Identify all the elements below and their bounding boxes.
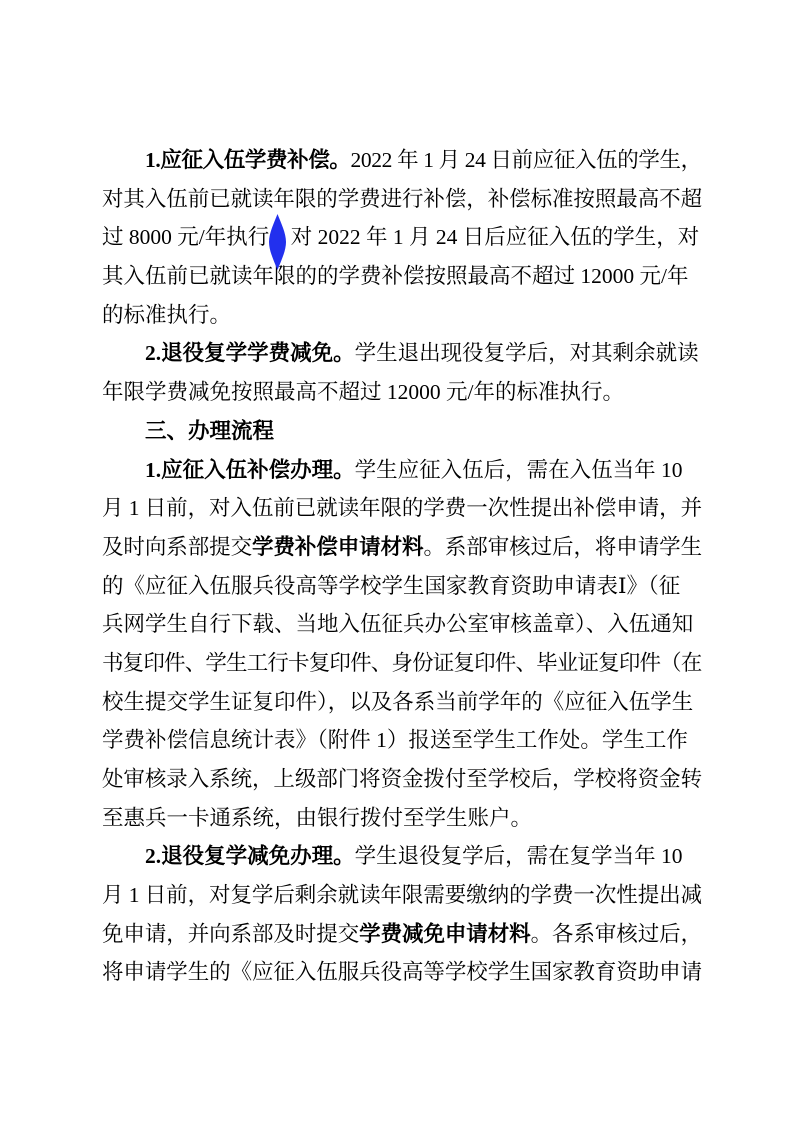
text-run: 2.退役复学减免办理。 [145, 844, 355, 868]
para-enlist-compensation-procedure: 1.应征入伍补偿办理。学生应征入伍后，需在入伍当年 10月 1 日前，对入伍前已… [102, 451, 702, 838]
text-run: 学生退出现役复学后，对其剩余就读 [355, 341, 699, 365]
text-run: 校生提交学生证复印件），以及各系当前学年的《应征入伍学生 [102, 690, 693, 714]
text-run: 至惠兵一卡通系统，由银行拨付至学生账户。 [102, 806, 532, 830]
text-line: 书复印件、学生工行卡复印件、身份证复印件、毕业证复印件（在 [102, 644, 702, 683]
text-run: 年限学费减免按照最高不超过 12000 元/年的标准执行。 [102, 380, 624, 404]
text-run: 将申请学生的《应征入伍服兵役高等学校学生国家教育资助申请 [102, 960, 702, 984]
para-veteran-resume-tuition-reduction-standard: 2.退役复学学费减免。学生退出现役复学后，对其剩余就读年限学费减免按照最高不超过… [102, 334, 702, 411]
text-run: 书复印件、学生工行卡复印件、身份证复印件、毕业证复印件（在 [102, 651, 702, 675]
text-run: 2.退役复学学费减免。 [145, 341, 355, 365]
text-run: 。各系审核过后， [531, 922, 702, 946]
text-run: 2022 年 1 月 24 日前应征入伍的学生， [351, 148, 702, 172]
text-run: 1.应征入伍补偿办理。 [145, 458, 355, 482]
text-run: 免申请，并向系部及时提交 [102, 922, 359, 946]
text-run: 对 2022 年 1 月 24 日后应征入伍的学生，对 [291, 225, 700, 249]
para-enlist-tuition-compensation-standard: 1.应征入伍学费补偿。2022 年 1 月 24 日前应征入伍的学生，对其入伍前… [102, 141, 702, 334]
text-line: 将申请学生的《应征入伍服兵役高等学校学生国家教育资助申请 [102, 953, 702, 992]
text-run: 兵网学生自行下载、当地入伍征兵办公室审核盖章）、入伍通知 [102, 612, 693, 636]
text-line: 校生提交学生证复印件），以及各系当前学年的《应征入伍学生 [102, 683, 702, 722]
text-run: 学生退役复学后，需在复学当年 10 [355, 844, 683, 868]
text-line: 1.应征入伍学费补偿。2022 年 1 月 24 日前应征入伍的学生， [102, 141, 702, 180]
text-line: 月 1 日前，对入伍前已就读年限的学费一次性提出补偿申请，并 [102, 489, 702, 528]
text-run: 三、办理流程 [145, 419, 274, 443]
text-run: 学费减免申请材料 [359, 922, 530, 946]
text-run: 1.应征入伍学费补偿。 [145, 148, 351, 172]
text-run: 学费补偿信息统计表》（附件 1）报送至学生工作处。学生工作 [102, 728, 688, 752]
text-run: 月 1 日前，对入伍前已就读年限的学费一次性提出补偿申请，并 [102, 496, 702, 520]
document-body: 1.应征入伍学费补偿。2022 年 1 月 24 日前应征入伍的学生，对其入伍前… [102, 141, 702, 992]
heading-section-three-process: 三、办理流程 [102, 412, 702, 451]
text-line: 及时向系部提交学费补偿申请材料。系部审核过后，将申请学生 [102, 528, 702, 567]
text-line: 处审核录入系统，上级部门将资金拨付至学校后，学校将资金转 [102, 760, 702, 799]
text-run: 月 1 日前，对复学后剩余就读年限需要缴纳的学费一次性提出减 [102, 883, 702, 907]
text-run: 。系部审核过后，将申请学生 [423, 535, 702, 559]
text-run: 过 8000 元/年执行 [102, 225, 269, 249]
text-run: 学生应征入伍后，需在入伍当年 10 [355, 458, 683, 482]
text-line: 的标准执行。 [102, 296, 702, 335]
para-veteran-resume-reduction-procedure: 2.退役复学减免办理。学生退役复学后，需在复学当年 10月 1 日前，对复学后剩… [102, 837, 702, 992]
text-run: 其入伍前已就读年限的的学费补偿按照最高不超过 12000 元/年 [102, 264, 688, 288]
document-page: 1.应征入伍学费补偿。2022 年 1 月 24 日前应征入伍的学生，对其入伍前… [0, 0, 793, 1122]
text-run: 处审核录入系统，上级部门将资金拨付至学校后，学校将资金转 [102, 767, 702, 791]
text-line: 至惠兵一卡通系统，由银行拨付至学生账户。 [102, 799, 702, 838]
text-line: 过 8000 元/年执行；对 2022 年 1 月 24 日后应征入伍的学生，对 [102, 218, 702, 257]
text-run: 及时向系部提交 [102, 535, 252, 559]
text-line: 学费补偿信息统计表》（附件 1）报送至学生工作处。学生工作 [102, 721, 702, 760]
text-line: 1.应征入伍补偿办理。学生应征入伍后，需在入伍当年 10 [102, 451, 702, 490]
text-line: 对其入伍前已就读年限的学费进行补偿，补偿标准按照最高不超 [102, 180, 702, 219]
text-cursor-anchor: ； [269, 225, 291, 249]
text-run: 学费补偿申请材料 [252, 535, 423, 559]
text-run: 的标准执行。 [102, 303, 231, 327]
text-run: 的《应征入伍服兵役高等学校学生国家教育资助申请表Ⅰ》（征 [102, 574, 680, 598]
text-line: 月 1 日前，对复学后剩余就读年限需要缴纳的学费一次性提出减 [102, 876, 702, 915]
text-run: 对其入伍前已就读年限的学费进行补偿，补偿标准按照最高不超 [102, 187, 702, 211]
text-line: 兵网学生自行下载、当地入伍征兵办公室审核盖章）、入伍通知 [102, 605, 702, 644]
text-line: 三、办理流程 [102, 412, 702, 451]
text-line: 2.退役复学学费减免。学生退出现役复学后，对其剩余就读 [102, 334, 702, 373]
text-line: 年限学费减免按照最高不超过 12000 元/年的标准执行。 [102, 373, 702, 412]
text-line: 其入伍前已就读年限的的学费补偿按照最高不超过 12000 元/年 [102, 257, 702, 296]
text-line: 2.退役复学减免办理。学生退役复学后，需在复学当年 10 [102, 837, 702, 876]
text-line: 的《应征入伍服兵役高等学校学生国家教育资助申请表Ⅰ》（征 [102, 567, 702, 606]
text-line: 免申请，并向系部及时提交学费减免申请材料。各系审核过后， [102, 915, 702, 954]
